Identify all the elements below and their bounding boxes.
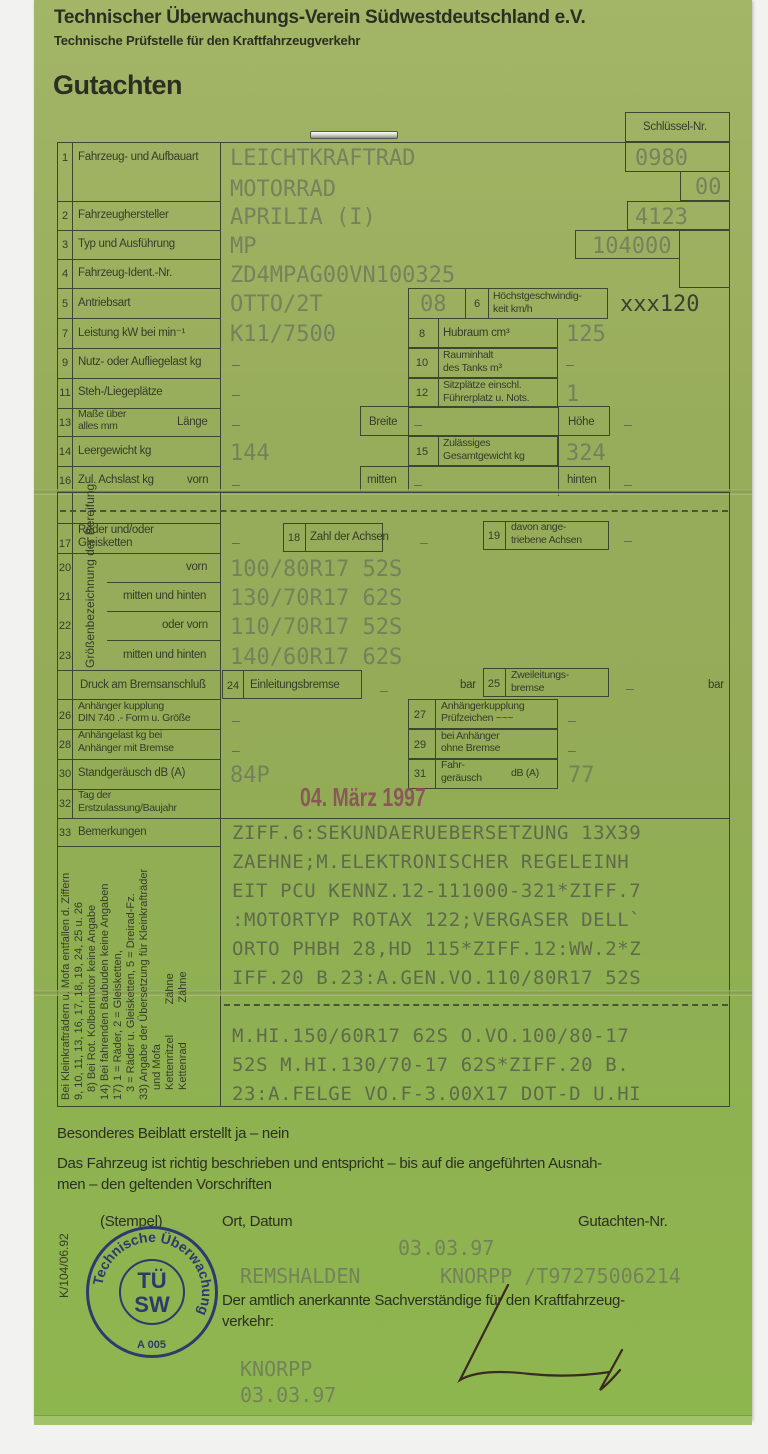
expert-line-2: verkehr: <box>222 1313 274 1330</box>
divider <box>465 288 466 319</box>
col-label-divider <box>220 142 221 492</box>
label-leergewicht: Leergewicht kg <box>78 446 151 458</box>
row-num-13: 13 <box>57 417 73 429</box>
gutachten-nr-label: Gutachten-Nr. <box>578 1213 667 1230</box>
label-vmax-2: keit km/h <box>493 304 532 315</box>
row-num-33: 33 <box>57 827 73 839</box>
label-achslast-hinten: hinten <box>567 475 597 487</box>
divider <box>305 523 306 552</box>
label-kupplung-2: DIN 740 .- Form u. Größe <box>78 713 190 724</box>
row-num-24: 24 <box>225 680 241 692</box>
row-num-16: 16 <box>57 475 73 487</box>
row-num-18: 18 <box>286 532 302 544</box>
department-name: Technische Prüfstelle für den Kraftfahrz… <box>54 33 360 48</box>
divider <box>505 668 506 697</box>
statement-line-2: men – den geltenden Vorschriften <box>57 1176 272 1193</box>
statement-line-1: Das Fahrzeug ist richtig beschrieben und… <box>57 1155 602 1172</box>
row-divider <box>57 846 221 847</box>
side-note: 33) Angabe der Übersetzung für Kleinkraf… <box>138 869 151 1100</box>
value-antrieb-code: 08 <box>420 292 447 317</box>
sheet-edge <box>34 1415 752 1425</box>
tyres-group-label: Größenbezeichnung der Bereifung <box>84 558 97 668</box>
row-divider <box>57 818 730 819</box>
row-num-26: 26 <box>57 710 73 722</box>
value-ohne-bremse: – <box>568 742 576 758</box>
label-hubraum: Hubraum cm³ <box>443 328 509 340</box>
tuev-seal-icon: TÜ SW Technische Überwachung A 005 <box>86 1226 218 1358</box>
unit-fahrgeraeusch: dB (A) <box>511 768 539 779</box>
row-num-22: 22 <box>57 620 73 632</box>
side-note: 17) 1 = Räder, 2 = Gleisketten, <box>112 950 125 1100</box>
label-typ: Typ und Ausführung <box>78 239 175 251</box>
dashed-separator <box>224 1004 728 1006</box>
row-num-21: 21 <box>57 591 73 603</box>
key-box-3b <box>679 230 730 288</box>
row-num-8: 8 <box>414 328 430 340</box>
col-label-divider <box>220 492 221 1107</box>
label-bremsanschluss: Druck am Bremsanschluß <box>80 680 206 692</box>
key-value-1b: 00 <box>695 175 722 200</box>
value-reifen-alt-hinten: 140/60R17 62S <box>230 645 402 670</box>
label-ohne-bremse-1: bei Anhänger <box>441 731 499 742</box>
value-nutzlast: – <box>232 356 240 372</box>
value-hubraum: 125 <box>566 322 606 347</box>
ort-value: REMSHALDEN <box>240 1264 360 1288</box>
remark-line: M.HI.150/60R17 62S O.VO.100/80-17 <box>232 1025 629 1047</box>
row-divider <box>57 230 221 231</box>
date-stamp-erstzulassung: 04. März 1997 <box>300 782 426 813</box>
unit-zweileitung: bar <box>708 680 724 692</box>
label-zweileitung-2: bremse <box>511 683 544 694</box>
expert-name: KNORPP <box>240 1357 312 1381</box>
remark-line: 23:A.FELGE VO.F-3.00X17 DOT-D U.HI <box>232 1083 641 1105</box>
side-note: 3 = Räder u. Gleisketten, 5 = Dreirad-Fz… <box>125 893 138 1092</box>
label-reifen-hinten: mitten und hinten <box>123 591 206 603</box>
value-reifen-alt-vorn: 110/70R17 52S <box>230 615 402 640</box>
row-num-31: 31 <box>412 768 428 780</box>
side-note: und Mofa <box>151 1044 164 1090</box>
divider <box>438 436 439 466</box>
signature-icon <box>440 1280 680 1400</box>
row-num-20: 20 <box>57 562 73 574</box>
label-gesamtgewicht-1: Zulässiges <box>443 438 490 449</box>
row-num-27: 27 <box>412 709 428 721</box>
label-leistung: Leistung kW bei min⁻¹ <box>78 328 185 340</box>
key-value-1: 0980 <box>635 146 688 171</box>
label-fahrgeraeusch-2: geräusch <box>441 773 482 784</box>
row-num-1: 1 <box>57 152 73 164</box>
staple-icon <box>310 131 398 139</box>
row-divider <box>107 640 221 641</box>
label-ohne-bremse-2: ohne Bremse <box>441 743 500 754</box>
row-num-30: 30 <box>57 768 73 780</box>
row-num-10: 10 <box>414 357 430 369</box>
label-achslast-mitten: mitten <box>367 475 397 487</box>
label-zweileitung-1: Zweileitungs- <box>511 670 569 681</box>
row-num-6: 6 <box>469 298 485 310</box>
svg-text:Technische Überwachung: Technische Überwachung <box>90 1229 216 1318</box>
value-achsen: – <box>420 534 428 550</box>
row-num-9: 9 <box>57 357 73 369</box>
row-num-2: 2 <box>57 210 73 222</box>
value-pruefzeichen: – <box>568 712 576 728</box>
row-divider <box>57 759 221 760</box>
label-laenge: Länge <box>177 417 207 429</box>
seal-code: A 005 <box>137 1339 166 1351</box>
remark-line: EIT PCU KENNZ.12-111000-321*ZIFF.7 <box>232 880 641 902</box>
remark-line: ORTO PHBH 28,HD 115*ZIFF.12:WW.2*Z <box>232 938 641 960</box>
row-num-14: 14 <box>57 446 73 458</box>
row-divider <box>57 378 221 379</box>
row-divider <box>57 553 221 554</box>
label-reifen-alt-hinten: mitten und hinten <box>123 650 206 662</box>
label-breite: Breite <box>369 417 397 429</box>
key-value-3: 104000 <box>592 234 671 259</box>
label-achslast-vorn: vorn <box>187 475 208 487</box>
divider <box>243 670 244 699</box>
row-num-12: 12 <box>414 387 430 399</box>
label-pruefzeichen-1: Anhängerkupplung <box>441 701 524 712</box>
row-divider <box>107 611 221 612</box>
label-antrieb: Antriebsart <box>78 298 130 310</box>
row-divider <box>57 318 221 319</box>
label-vmax-1: Höchstgeschwindig- <box>493 291 582 302</box>
value-vmax: xxx120 <box>620 292 699 317</box>
value-fahrzeugart-1: LEICHTKRAFTRAD <box>230 146 415 171</box>
row-num-5: 5 <box>57 298 73 310</box>
expert-date: 03.03.97 <box>240 1383 336 1407</box>
label-erstzulassung-1: Tag der <box>78 790 111 801</box>
row-num-23: 23 <box>57 650 73 662</box>
side-note: Kettenritzel Zähne <box>164 973 177 1090</box>
value-stehplaetze: – <box>232 386 240 402</box>
label-stehplaetze: Steh-/Liegeplätze <box>78 387 162 399</box>
row-num-28: 28 <box>57 739 73 751</box>
value-reifen-vorn: 100/80R17 52S <box>230 557 402 582</box>
row-divider <box>57 670 221 671</box>
value-leergewicht: 144 <box>230 441 270 466</box>
remark-line: :MOTORTYP ROTAX 122;VERGASER DELL` <box>232 909 641 931</box>
label-hersteller: Fahrzeughersteller <box>78 210 168 222</box>
value-einleitungsbremse: – <box>380 682 388 698</box>
value-fahrgeraeusch: 77 <box>568 763 595 788</box>
label-pruefzeichen-2: Prüfzeichen ~~~ <box>441 713 513 724</box>
label-tank-2: des Tanks m³ <box>443 363 502 374</box>
org-name: Technischer Überwachungs-Verein Südwestd… <box>54 7 586 29</box>
label-fahrgeraeusch-1: Fahr- <box>441 760 465 771</box>
date-value: 03.03.97 <box>398 1236 494 1260</box>
row-divider <box>57 201 221 202</box>
divider <box>488 288 489 319</box>
label-erstzulassung-2: Erstzulassung/Baujahr <box>78 803 177 814</box>
label-gesamtgewicht-2: Gesamtgewicht kg <box>443 451 525 462</box>
label-achsen: Zahl der Achsen <box>310 532 389 544</box>
label-reifen-alt-vorn: oder vorn <box>162 620 208 632</box>
label-kupplung-1: Anhänger kupplung <box>78 701 164 712</box>
document-title: Gutachten <box>53 70 182 101</box>
label-anhaengelast-2: Anhänger mit Bremse <box>78 743 174 754</box>
label-bemerkungen: Bemerkungen <box>78 827 146 839</box>
remark-line: ZAEHNE;M.ELEKTRONISCHER REGELEINH <box>232 851 629 873</box>
label-fahrzeugart: Fahrzeug- und Aufbauart <box>78 152 198 164</box>
table-upper <box>57 142 730 492</box>
value-sitzplaetze: 1 <box>566 382 579 407</box>
row-num-15: 15 <box>414 446 430 458</box>
row-num-29: 29 <box>412 739 428 751</box>
remark-line: IFF.20 B.23:A.GEN.VO.110/80R17 52S <box>232 967 641 989</box>
label-sitzplaetze-1: Sitzplätze einschl. <box>443 380 521 391</box>
value-hersteller: APRILIA (I) <box>230 205 376 230</box>
row-num-32: 32 <box>57 798 73 810</box>
row-divider <box>57 259 221 260</box>
divider <box>505 521 506 550</box>
row-num-11: 11 <box>57 387 73 399</box>
label-reifen-vorn: vorn <box>186 562 207 574</box>
row-num-7: 7 <box>57 328 73 340</box>
ort-datum-label: Ort, Datum <box>222 1213 292 1230</box>
col-num-divider <box>72 142 73 492</box>
remark-line: 52S M.HI.130/70-17 62S*ZIFF.20 B. <box>232 1054 629 1076</box>
value-anhaengelast: – <box>232 742 240 758</box>
beiblatt-text: Besonderes Beiblatt erstellt ja – nein <box>57 1125 289 1142</box>
value-leistung: K11/7500 <box>230 322 336 347</box>
value-laenge: – <box>232 416 240 432</box>
side-note: Bei Kleinkrafträdern u. Mofa entfallen d… <box>60 873 73 1100</box>
form-code: K/104/06.92 <box>58 1233 71 1298</box>
divider <box>408 406 409 436</box>
value-fahrzeugart-2: MOTORRAD <box>230 177 336 202</box>
row-divider <box>57 288 221 289</box>
row-divider <box>57 436 221 437</box>
dashed-separator <box>60 510 728 512</box>
key-header-label: Schlüssel-Nr. <box>643 122 707 134</box>
value-breite: – <box>414 416 422 432</box>
label-einleitungsbremse: Einleitungsbremse <box>250 680 340 692</box>
value-reifen-hinten: 130/70R17 62S <box>230 586 402 611</box>
label-tank-1: Rauminhalt <box>443 350 493 361</box>
unit-einleitungsbremse: bar <box>460 680 476 692</box>
label-angetrieben-2: triebene Achsen <box>511 535 582 546</box>
label-nutzlast: Nutz- oder Aufliegelast kg <box>78 357 201 369</box>
side-note: 9, 10, 11, 13, 16, 17, 18, 19, 24, 25 u.… <box>73 902 86 1100</box>
label-anhaengelast-1: Anhängelast kg bei <box>78 730 162 741</box>
row-num-3: 3 <box>57 239 73 251</box>
value-angetrieben: – <box>624 532 632 548</box>
label-standgeraeusch: Standgeräusch dB (A) <box>78 768 185 780</box>
side-note: 8) Bei Rot. Kolbenmotor keine Angabe <box>86 905 99 1092</box>
side-note: 14) Bei fahrenden Baubuden keine Angaben <box>99 883 112 1100</box>
value-zweileitung: – <box>626 680 634 696</box>
value-typ: MP <box>230 234 257 259</box>
value-antrieb: OTTO/2T <box>230 292 323 317</box>
value-gesamtgewicht: 324 <box>566 441 606 466</box>
value-ident: ZD4MPAG00VN100325 <box>230 263 455 288</box>
row-num-17: 17 <box>57 538 73 550</box>
key-value-2: 4123 <box>635 205 688 230</box>
value-standgeraeusch: 84P <box>230 763 270 788</box>
remark-line: ZIFF.6:SEKUNDAERUEBERSETZUNG 13X39 <box>232 822 641 844</box>
row-num-19: 19 <box>486 530 502 542</box>
value-hoehe: – <box>624 416 632 432</box>
side-note: Kettenrad Zähne <box>177 971 190 1090</box>
row-num-25: 25 <box>486 678 502 690</box>
row-divider <box>57 348 221 349</box>
value-raeder: – <box>232 534 240 550</box>
value-tank: – <box>566 356 574 372</box>
label-sitzplaetze-2: Führerplatz u. Nots. <box>443 393 529 404</box>
label-angetrieben-1: davon ange- <box>511 522 566 533</box>
label-ident: Fahrzeug-Ident.-Nr. <box>78 268 172 280</box>
row-divider <box>57 466 221 467</box>
label-masse-2: alles mm <box>78 421 118 432</box>
value-kupplung: – <box>232 712 240 728</box>
row-divider <box>107 582 221 583</box>
row-num-4: 4 <box>57 268 73 280</box>
label-masse-1: Maße über <box>78 409 126 420</box>
label-hoehe: Höhe <box>568 417 594 429</box>
